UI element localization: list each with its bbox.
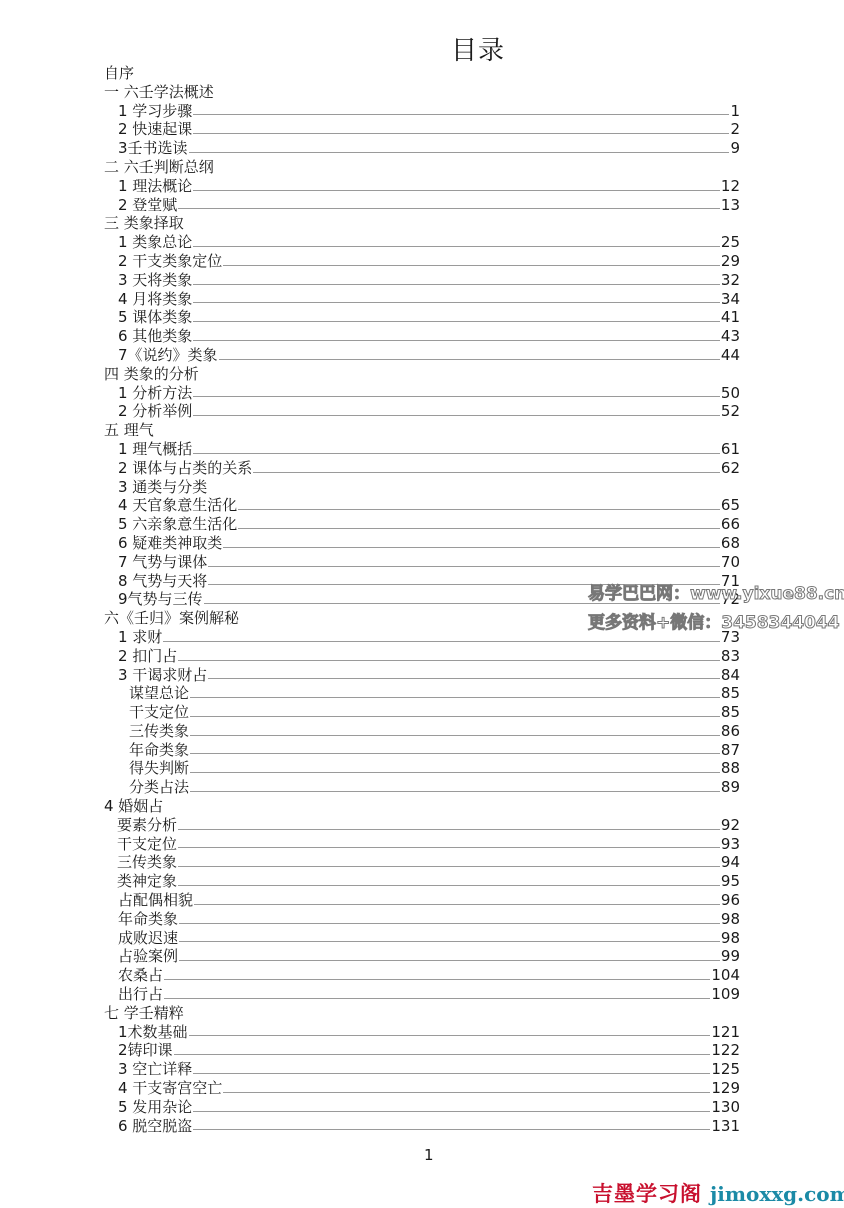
dot-leader	[193, 284, 720, 285]
toc-entry-page: 93	[721, 835, 740, 854]
dot-leader	[164, 979, 710, 980]
brand-url: jimoxxg.com	[710, 1182, 844, 1206]
toc-entry-page: 13	[721, 196, 740, 215]
dot-leader	[178, 660, 720, 661]
toc-entry-label: 六《壬归》案例解秘	[104, 609, 239, 628]
page-number: 1	[424, 1146, 434, 1164]
dot-leader	[189, 152, 730, 153]
toc-entry-label: 1 分析方法	[104, 384, 192, 403]
toc-entry-page: 1	[730, 102, 740, 121]
toc-entry-page: 95	[721, 872, 740, 891]
toc-entry-label: 占验案例	[104, 947, 178, 966]
toc-entry-label: 2 快速起课	[104, 120, 192, 139]
toc-entry-label: 2 登堂赋	[104, 196, 177, 215]
toc-entry-page: 87	[721, 741, 740, 760]
dot-leader	[223, 1092, 710, 1093]
dot-leader	[193, 246, 720, 247]
toc-entry[interactable]: 2 扣门占83	[104, 647, 740, 666]
toc-entry-label: 8 气势与天将	[104, 572, 207, 591]
toc-entry-label: 七 学壬精粹	[104, 1004, 184, 1023]
toc-entry-label: 年命类象	[104, 910, 178, 929]
toc-entry[interactable]: 五 理气	[104, 421, 740, 440]
toc-entry-label: 5 发用杂论	[104, 1098, 192, 1117]
toc-entry-label: 1术数基础	[104, 1023, 188, 1042]
toc-entry-label: 2 课体与占类的关系	[104, 459, 252, 478]
dot-leader	[190, 697, 720, 698]
dot-leader	[223, 547, 720, 548]
dot-leader	[238, 509, 720, 510]
toc-entry-label: 1 求财	[104, 628, 162, 647]
dot-leader	[193, 396, 720, 397]
dot-leader	[253, 472, 720, 473]
toc-entry-label: 谋望总论	[104, 684, 189, 703]
toc-entry[interactable]: 1 理气概括61	[104, 440, 740, 459]
toc-entry-page: 62	[721, 459, 740, 478]
toc-entry-page: 131	[711, 1117, 740, 1136]
toc-entry-page: 83	[721, 647, 740, 666]
toc-entry[interactable]: 2 分析举例52	[104, 402, 740, 421]
dot-leader	[190, 772, 720, 773]
toc-entry-page: 44	[721, 346, 740, 365]
toc-entry-page: 99	[721, 947, 740, 966]
toc-entry-label: 2 扣门占	[104, 647, 177, 666]
toc-entry[interactable]: 3 天将类象32	[104, 271, 740, 290]
toc-entry[interactable]: 得失判断88	[104, 759, 740, 778]
toc-entry-page: 61	[721, 440, 740, 459]
dot-leader	[193, 1129, 710, 1130]
dot-leader	[178, 885, 720, 886]
toc-entry[interactable]: 7《说约》类象44	[104, 346, 740, 365]
toc-entry-label: 3 空亡详释	[104, 1060, 192, 1079]
brand-name-cn: 吉墨学习阁	[592, 1182, 702, 1206]
toc-entry[interactable]: 成败迟速98	[104, 929, 740, 948]
toc-entry[interactable]: 3 空亡详释125	[104, 1060, 740, 1079]
toc-entry-label: 一 六壬学法概述	[104, 83, 214, 102]
toc-entry-label: 2铸印课	[104, 1041, 173, 1060]
toc-entry-page: 86	[721, 722, 740, 741]
toc-entry-page: 66	[721, 515, 740, 534]
dot-leader	[190, 716, 720, 717]
dot-leader	[179, 941, 720, 942]
toc-entry-page: 109	[711, 985, 740, 1004]
toc-entry-page: 2	[730, 120, 740, 139]
dot-leader	[223, 265, 720, 266]
toc-entry-label: 3壬书选读	[104, 139, 188, 158]
toc-entry-label: 五 理气	[104, 421, 154, 440]
toc-entry-label: 二 六壬判断总纲	[104, 158, 214, 177]
toc-entry-page: 104	[711, 966, 740, 985]
toc-entry-label: 成败迟速	[104, 929, 178, 948]
toc-entry-label: 6 疑难类神取类	[104, 534, 222, 553]
dot-leader	[193, 190, 720, 191]
toc-entry-label: 3 干谒求财占	[104, 666, 207, 685]
toc-entry-label: 4 天官象意生活化	[104, 496, 237, 515]
toc-entry-label: 干支定位	[104, 703, 189, 722]
dot-leader	[194, 904, 720, 905]
dot-leader	[178, 208, 720, 209]
toc-entry-page: 125	[711, 1060, 740, 1079]
toc-entry[interactable]: 5 课体类象41	[104, 308, 740, 327]
toc-entry-page: 41	[721, 308, 740, 327]
dot-leader	[164, 998, 710, 999]
toc-entry-page: 43	[721, 327, 740, 346]
toc-entry-page: 85	[721, 703, 740, 722]
page-title: 目录	[0, 30, 844, 67]
dot-leader	[193, 415, 720, 416]
toc-entry[interactable]: 3 通类与分类	[104, 478, 740, 497]
toc-entry[interactable]: 3 干谒求财占84	[104, 666, 740, 685]
toc-entry-page: 70	[721, 553, 740, 572]
toc-entry[interactable]: 出行占109	[104, 985, 740, 1004]
dot-leader	[190, 791, 720, 792]
toc-entry-page: 32	[721, 271, 740, 290]
dot-leader	[179, 960, 720, 961]
toc-entry-page: 25	[721, 233, 740, 252]
toc-entry[interactable]: 2 快速起课2	[104, 120, 740, 139]
toc-entry-page: 94	[721, 853, 740, 872]
toc-entry[interactable]: 四 类象的分析	[104, 365, 740, 384]
toc-entry[interactable]: 1 类象总论25	[104, 233, 740, 252]
dot-leader	[193, 1111, 710, 1112]
toc-entry[interactable]: 6 疑难类神取类68	[104, 534, 740, 553]
toc-entry-label: 5 六亲象意生活化	[104, 515, 237, 534]
toc-entry-label: 6 脱空脱盗	[104, 1117, 192, 1136]
toc-entry[interactable]: 6 脱空脱盗131	[104, 1117, 740, 1136]
toc-entry-label: 1 类象总论	[104, 233, 192, 252]
toc-entry-label: 9气势与三传	[104, 590, 203, 609]
toc-entry-label: 四 类象的分析	[104, 365, 199, 384]
toc-entry-page: 98	[721, 929, 740, 948]
toc-entry[interactable]: 二 六壬判断总纲	[104, 158, 740, 177]
toc-entry-label: 农桑占	[104, 966, 163, 985]
toc-entry[interactable]: 类神定象95	[104, 872, 740, 891]
toc-entry[interactable]: 3壬书选读9	[104, 139, 740, 158]
toc-entry[interactable]: 1 理法概论12	[104, 177, 740, 196]
toc-entry-page: 130	[711, 1098, 740, 1117]
toc-entry-page: 96	[721, 891, 740, 910]
toc-entry-label: 自序	[104, 64, 134, 83]
toc-entry-label: 3 通类与分类	[104, 478, 207, 497]
dot-leader	[219, 359, 720, 360]
toc-entry-label: 得失判断	[104, 759, 189, 778]
toc-entry[interactable]: 年命类象98	[104, 910, 740, 929]
dot-leader	[208, 566, 720, 567]
toc-entry-label: 占配偶相貌	[104, 891, 193, 910]
toc-entry[interactable]: 4 干支寄宫空亡129	[104, 1079, 740, 1098]
toc-entry-page: 89	[721, 778, 740, 797]
toc-entry-page: 84	[721, 666, 740, 685]
toc-entry[interactable]: 1 学习步骤1	[104, 102, 740, 121]
dot-leader	[208, 678, 720, 679]
toc-entry-page: 9	[730, 139, 740, 158]
toc-entry[interactable]: 4 月将类象34	[104, 290, 740, 309]
toc-entry-label: 4 干支寄宫空亡	[104, 1079, 222, 1098]
toc-entry-label: 干支定位	[104, 835, 177, 854]
toc-entry[interactable]: 4 天官象意生活化65	[104, 496, 740, 515]
dot-leader	[174, 1054, 711, 1055]
toc-entry-label: 1 理气概括	[104, 440, 192, 459]
toc-entry-page: 52	[721, 402, 740, 421]
toc-entry-page: 85	[721, 684, 740, 703]
toc-entry-label: 年命类象	[104, 741, 189, 760]
toc-entry-page: 129	[711, 1079, 740, 1098]
toc-entry-page: 88	[721, 759, 740, 778]
toc-entry-label: 三传类象	[104, 853, 177, 872]
toc-entry[interactable]: 2 登堂赋13	[104, 196, 740, 215]
dot-leader	[190, 753, 720, 754]
toc-entry-label: 5 课体类象	[104, 308, 192, 327]
dot-leader	[238, 528, 720, 529]
dot-leader	[189, 1035, 711, 1036]
dot-leader	[178, 847, 720, 848]
toc-entry-label: 三 类象择取	[104, 214, 184, 233]
dot-leader	[190, 735, 720, 736]
dot-leader	[193, 453, 720, 454]
toc-entry-label: 三传类象	[104, 722, 189, 741]
toc-entry[interactable]: 占验案例99	[104, 947, 740, 966]
toc-entry[interactable]: 三传类象94	[104, 853, 740, 872]
toc-entry-label: 4 月将类象	[104, 290, 192, 309]
toc-entry[interactable]: 三传类象86	[104, 722, 740, 741]
dot-leader	[193, 340, 720, 341]
brand-watermark: 吉墨学习阁jimoxxg.com	[592, 1178, 844, 1208]
toc-entry-page: 65	[721, 496, 740, 515]
toc-entry[interactable]: 三 类象择取	[104, 214, 740, 233]
toc-entry[interactable]: 1术数基础121	[104, 1023, 740, 1042]
toc-entry[interactable]: 一 六壬学法概述	[104, 83, 740, 102]
toc-entry[interactable]: 七 学壬精粹	[104, 1004, 740, 1023]
toc-entry-page: 29	[721, 252, 740, 271]
toc-entry[interactable]: 干支定位93	[104, 835, 740, 854]
toc-entry-page: 98	[721, 910, 740, 929]
dot-leader	[178, 829, 720, 830]
dot-leader	[193, 321, 720, 322]
toc-entry[interactable]: 干支定位85	[104, 703, 740, 722]
watermark-contact: 更多资料+微信：3458344044	[588, 608, 840, 633]
toc-entry[interactable]: 6 其他类象43	[104, 327, 740, 346]
toc-entry[interactable]: 5 发用杂论130	[104, 1098, 740, 1117]
toc-entry-label: 7《说约》类象	[104, 346, 218, 365]
dot-leader	[163, 641, 720, 642]
toc-entry-page: 50	[721, 384, 740, 403]
toc-entry[interactable]: 谋望总论85	[104, 684, 740, 703]
toc-entry-label: 出行占	[104, 985, 163, 1004]
dot-leader	[193, 133, 729, 134]
toc-entry[interactable]: 年命类象87	[104, 741, 740, 760]
toc-entry[interactable]: 1 分析方法50	[104, 384, 740, 403]
toc-entry-label: 1 学习步骤	[104, 102, 192, 121]
dot-leader	[178, 866, 720, 867]
dot-leader	[179, 923, 720, 924]
toc-entry-label: 2 干支类象定位	[104, 252, 222, 271]
toc-entry-label: 1 理法概论	[104, 177, 192, 196]
dot-leader	[193, 114, 729, 115]
toc-entry[interactable]: 农桑占104	[104, 966, 740, 985]
toc-entry[interactable]: 要素分析92	[104, 816, 740, 835]
dot-leader	[193, 1073, 710, 1074]
toc-entry-label: 4 婚姻占	[104, 797, 163, 816]
dot-leader	[193, 302, 720, 303]
toc-entry-page: 92	[721, 816, 740, 835]
toc-entry-label: 类神定象	[104, 872, 177, 891]
toc-entry[interactable]: 5 六亲象意生活化66	[104, 515, 740, 534]
toc-entry-label: 要素分析	[104, 816, 177, 835]
toc-entry[interactable]: 2 干支类象定位29	[104, 252, 740, 271]
toc-entry-label: 分类占法	[104, 778, 189, 797]
toc-entry[interactable]: 2铸印课122	[104, 1041, 740, 1060]
toc-entry-label: 3 天将类象	[104, 271, 192, 290]
toc-entry[interactable]: 2 课体与占类的关系62	[104, 459, 740, 478]
toc-entry-label: 7 气势与课体	[104, 553, 207, 572]
toc-entry-page: 34	[721, 290, 740, 309]
toc-entry[interactable]: 自序	[104, 64, 740, 83]
toc-entry[interactable]: 占配偶相貌96	[104, 891, 740, 910]
watermark-site: 易学巴巴网：www.yixue88.cn	[588, 579, 844, 604]
toc-entry[interactable]: 7 气势与课体70	[104, 553, 740, 572]
toc-entry[interactable]: 分类占法89	[104, 778, 740, 797]
toc-entry-page: 122	[711, 1041, 740, 1060]
toc-entry-label: 6 其他类象	[104, 327, 192, 346]
toc-entry-page: 121	[711, 1023, 740, 1042]
toc-entry-page: 68	[721, 534, 740, 553]
toc-entry-label: 2 分析举例	[104, 402, 192, 421]
toc-entry[interactable]: 4 婚姻占	[104, 797, 740, 816]
toc-entry-page: 12	[721, 177, 740, 196]
